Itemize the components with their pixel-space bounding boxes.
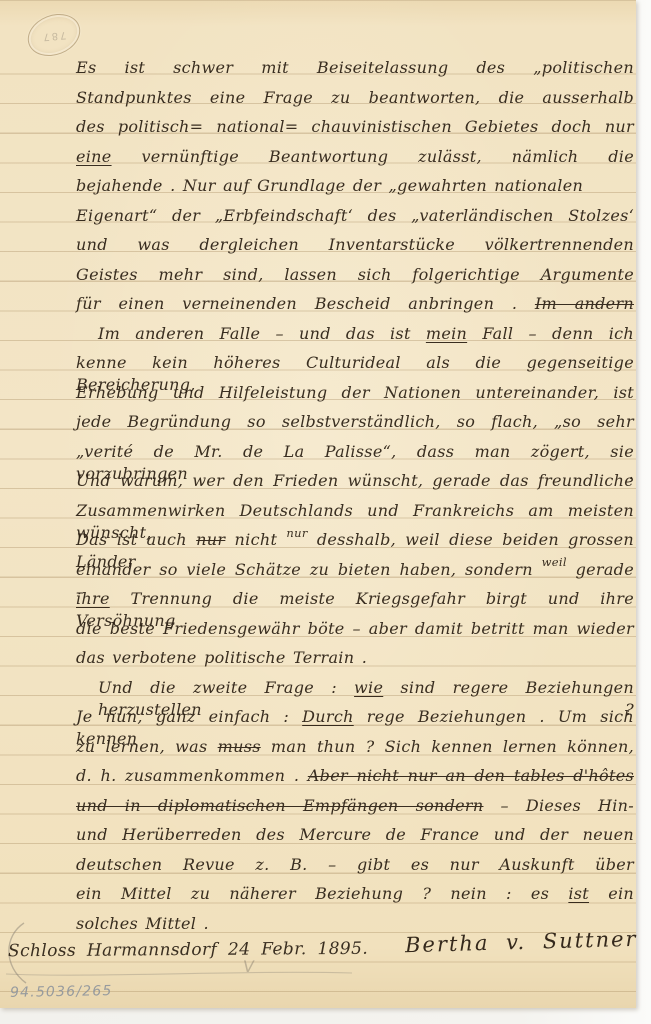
pencil-underline-mark — [4, 966, 354, 980]
letter-line: die beste Friedensgewähr böte – aber dam… — [76, 618, 634, 640]
letter-line: deutschen Revue z. B. – gibt es nur Ausk… — [76, 854, 634, 876]
letter-line: Eigenart“ der „Erbfeindschaft‘ des „vate… — [76, 205, 634, 227]
letter-line: Standpunktes eine Frage zu beantworten, … — [76, 87, 634, 109]
letter-line: und Herüberreden des Mercure de France u… — [76, 824, 634, 846]
inventory-number: 94.5036/265 — [10, 983, 113, 1001]
letter-line: eine vernünftige Beantwortung zulässt, n… — [76, 146, 634, 168]
letter-line: bejahende . Nur auf Grundlage der „gewah… — [76, 175, 634, 197]
letter-line: d. h. zusammenkommen . Aber nicht nur an… — [76, 765, 634, 787]
letter-line: Es ist schwer mit Beiseitelassung des „p… — [76, 57, 634, 79]
letter-line: das verbotene politische Terrain . — [76, 647, 634, 669]
letter-line: und in diplomatischen Empfängen sondern … — [76, 795, 634, 817]
letter-paper: 787 Es ist schwer mit Beiseitelassung de… — [0, 0, 636, 1008]
letter-line: des politisch= national= chauvinistische… — [76, 116, 634, 138]
letter-line: zu lernen, was muss man thun ? Sich kenn… — [76, 736, 634, 758]
letter-line: Erhebung und Hilfeleistung der Nationen … — [76, 382, 634, 404]
letter-line: Geistes mehr sind, lassen sich folgerich… — [76, 264, 634, 286]
letter-line: ein Mittel zu näherer Beziehung ? nein :… — [76, 883, 634, 905]
dateline: Schloss Harmannsdorf 24 Febr. 1895. — [8, 939, 368, 962]
letter-line: Im anderen Falle – und das ist mein Fall… — [76, 323, 634, 345]
letter-line: für einen verneinenden Bescheid anbringe… — [76, 293, 634, 315]
letter-line: Und warum, wer den Frieden wünscht, gera… — [76, 470, 634, 492]
letter-line: und was dergleichen Inventarstücke völke… — [76, 234, 634, 256]
letter-body: Es ist schwer mit Beiseitelassung des „p… — [0, 0, 636, 1008]
letter-line: jede Begründung so selbstverständlich, s… — [76, 411, 634, 433]
